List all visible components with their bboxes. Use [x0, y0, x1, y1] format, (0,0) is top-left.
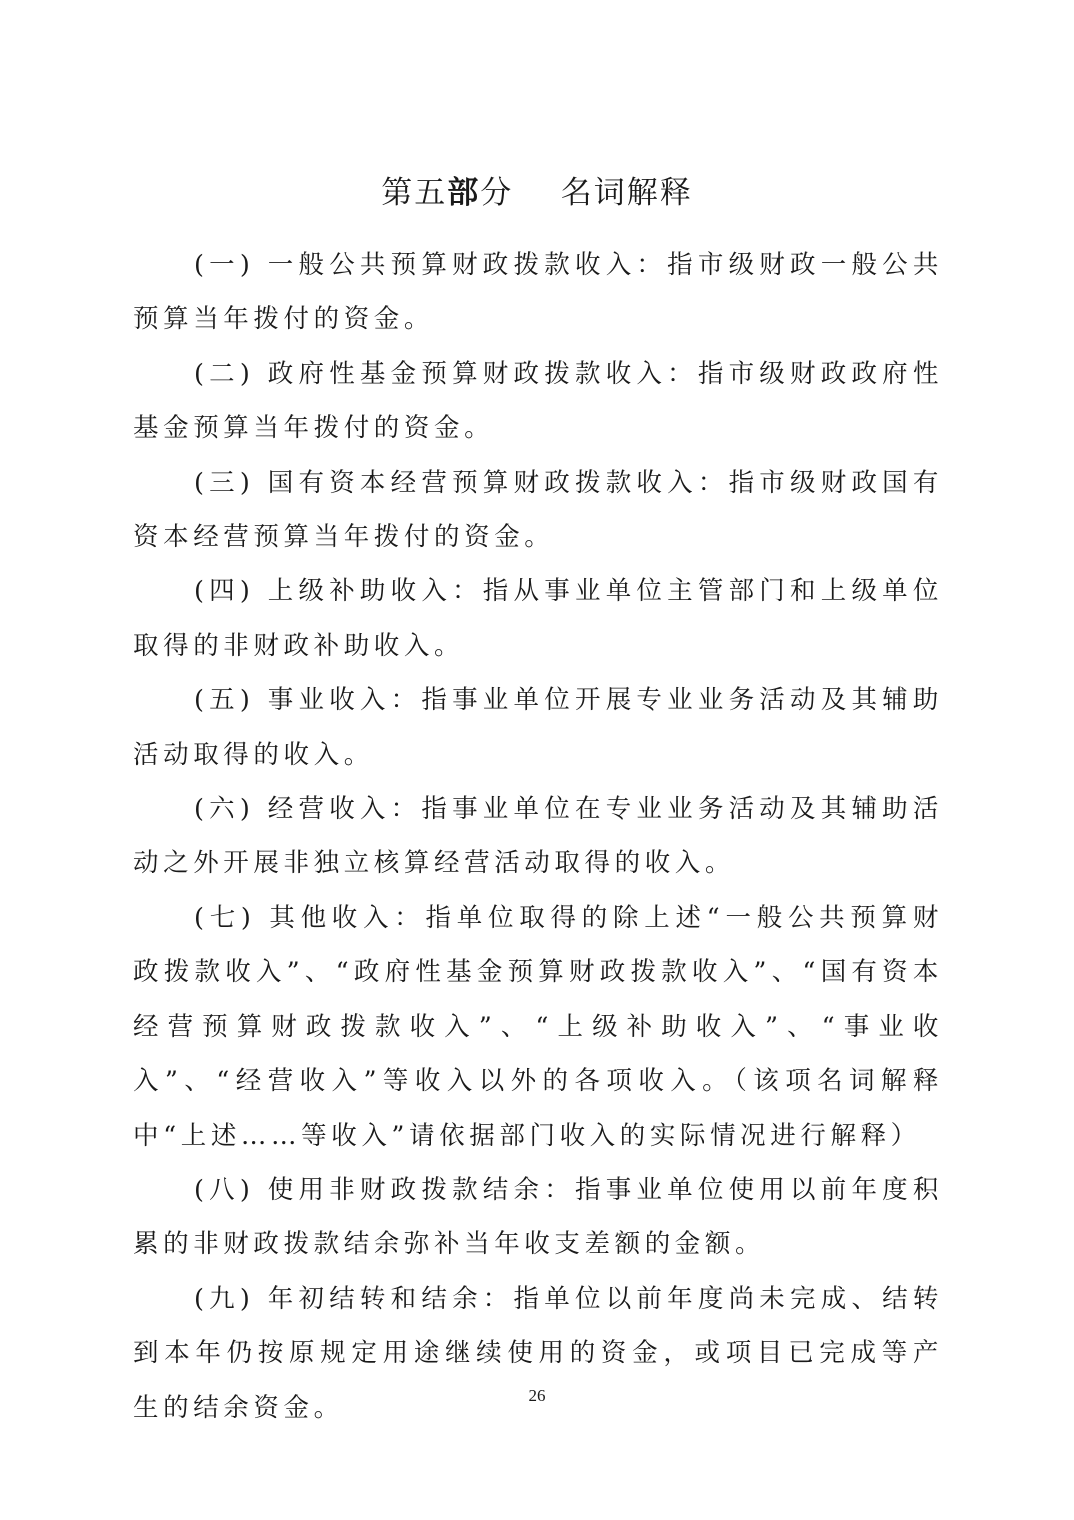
page-number: 26 — [0, 1386, 1074, 1406]
definition-paragraph-2: (二) 政府性基金预算财政拨款收入：指市级财政政府性基金预算当年拨付的资金。 — [133, 347, 943, 456]
definition-paragraph-5: (五) 事业收入：指事业单位开展专业业务活动及其辅助活动取得的收入。 — [133, 673, 943, 782]
definition-paragraph-4: (四) 上级补助收入：指从事业单位主管部门和上级单位取得的非财政补助收入。 — [133, 564, 943, 673]
definition-paragraph-9: (九) 年初结转和结余：指单位以前年度尚未完成、结转到本年仍按原规定用途继续使用… — [133, 1272, 943, 1435]
definitions-body: (一) 一般公共预算财政拨款收入：指市级财政一般公共预算当年拨付的资金。 (二)… — [133, 238, 943, 1435]
document-page: 第五部分 名词解释 (一) 一般公共预算财政拨款收入：指市级财政一般公共预算当年… — [0, 0, 1074, 1520]
section-title: 第五部分 名词解释 — [0, 166, 1074, 220]
title-gap — [513, 175, 560, 211]
title-part-1: 第五 — [381, 175, 447, 211]
title-bold-char: 部 — [447, 175, 480, 211]
definition-paragraph-8: (八) 使用非财政拨款结余：指事业单位使用以前年度积累的非财政拨款结余弥补当年收… — [133, 1163, 943, 1272]
definition-paragraph-7: (七) 其他收入：指单位取得的除上述“一般公共预算财政拨款收入”、“政府性基金预… — [133, 891, 943, 1163]
definition-paragraph-3: (三) 国有资本经营预算财政拨款收入：指市级财政国有资本经营预算当年拨付的资金。 — [133, 456, 943, 565]
definition-paragraph-1: (一) 一般公共预算财政拨款收入：指市级财政一般公共预算当年拨付的资金。 — [133, 238, 943, 347]
definition-paragraph-6: (六) 经营收入：指事业单位在专业业务活动及其辅助活动之外开展非独立核算经营活动… — [133, 782, 943, 891]
title-part-3: 名词解释 — [561, 175, 693, 211]
title-part-2: 分 — [480, 175, 513, 211]
